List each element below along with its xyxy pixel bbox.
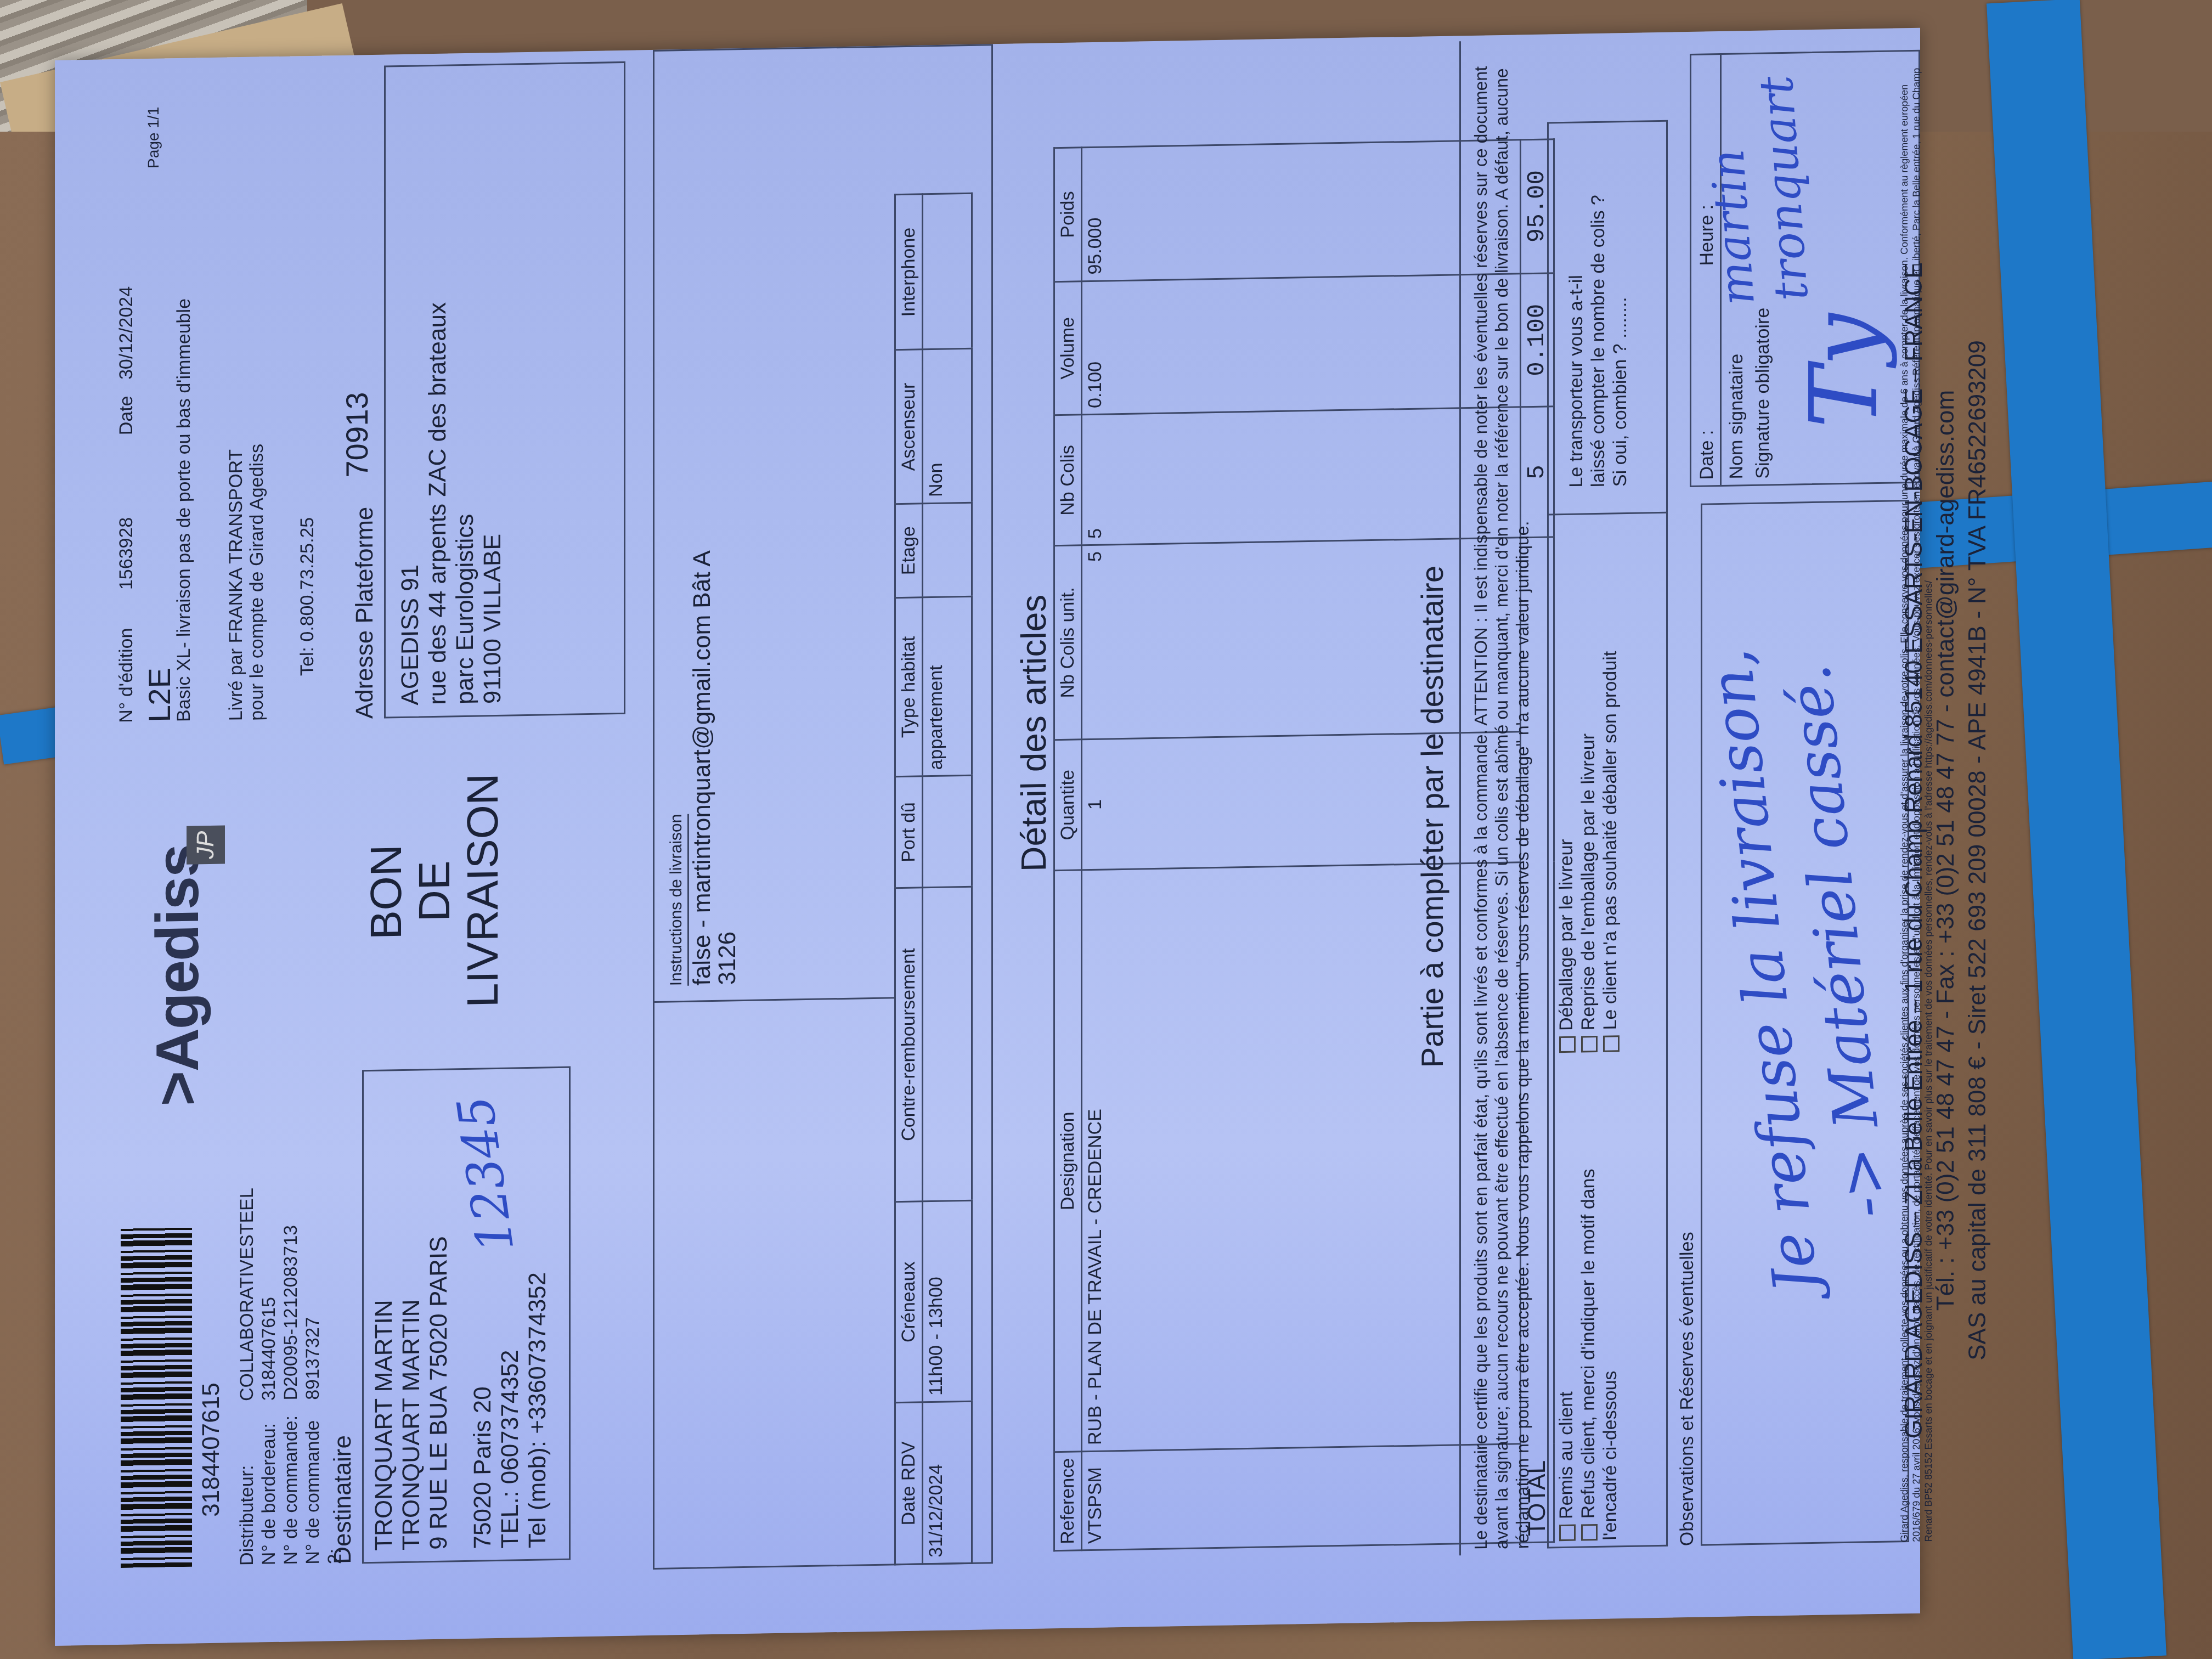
observations-box[interactable]: Je refuse la livraison, -> Matériel cass…	[1701, 500, 1909, 1546]
ref-value: COLLABORATIVESTEEL	[236, 1188, 258, 1401]
instructions-label: Instructions de livraison	[665, 814, 689, 986]
rdv-cod	[923, 887, 972, 1201]
col-reference: Reference	[1054, 1452, 1082, 1551]
instructions-line1: false - martintronquart@gmail.com Bât A	[689, 550, 716, 986]
observations-handwriting: Je refuse la livraison, -> Matériel cass…	[1691, 636, 1911, 1297]
cell-nb-colis: 5	[1082, 407, 1521, 545]
checkbox-refus[interactable]: Refus client, merci d'indiquer le motif …	[1577, 1101, 1621, 1541]
rdv-floor	[923, 503, 972, 597]
checkbox-remis[interactable]: Remis au client	[1555, 1102, 1577, 1542]
barcode-number: 3184407615	[198, 1383, 225, 1517]
ref-value: D20095-1212083713	[280, 1225, 302, 1401]
platform-address-line: parc Eurologistics	[452, 302, 479, 705]
col-nb-colis-unit: Nb Colis unit.	[1054, 545, 1082, 740]
rdv-intercom	[923, 193, 972, 349]
document-title: BON DE LIVRAISON	[362, 773, 507, 1009]
checkbox-icon[interactable]	[1603, 1035, 1620, 1052]
edition-label: N° d'édition	[116, 628, 137, 723]
delivery-note-page: 3184407615 Distributeur:COLLABORATIVESTE…	[55, 28, 1920, 1646]
recipient-label: Destinataire	[329, 1435, 357, 1565]
title-line: DE	[410, 774, 459, 1008]
instructions-line2: 3126	[714, 931, 741, 985]
col-poids: Poids	[1054, 148, 1082, 281]
date-label: Date	[116, 396, 137, 435]
col-volume: Volume	[1054, 281, 1082, 415]
checkbox-icon[interactable]	[1559, 1525, 1576, 1542]
signature-handwriting: Ty	[1790, 312, 1899, 429]
ref-value: 3184407615	[258, 1297, 280, 1401]
checkbox-icon[interactable]	[1581, 1524, 1598, 1541]
rdv-header: Port dû	[895, 776, 923, 888]
rdv-habitat: appartement	[923, 596, 972, 776]
recipient-mobile: Tel (mob): +33607374352	[524, 1234, 551, 1548]
cell-quantite: 1	[1082, 732, 1521, 870]
cell-nb-colis-unit: 5	[1082, 538, 1521, 740]
barcode	[121, 1227, 192, 1568]
cell-designation: RUB - PLAN DE TRAVAIL - CREDENCE	[1082, 862, 1521, 1452]
ref-label: N° de commande:	[280, 1400, 302, 1565]
recipient-city: 75020 Paris 20	[469, 1235, 496, 1549]
recipient-box: TRONQUART MARTIN TRONQUART MARTIN 9 RUE …	[362, 1066, 571, 1564]
jp-badge: JP	[187, 826, 225, 865]
platform-address-line: 91100 VILLABE	[479, 301, 506, 704]
carrier-line2: pour le compte de Girard Agediss	[246, 444, 268, 721]
platform-label: Adresse Plateforme	[351, 506, 379, 719]
delivery-options-box: Remis au client Refus client, merci d'in…	[1547, 120, 1668, 1549]
nom-signataire-label: Nom signataire	[1725, 353, 1747, 479]
checkbox-icon[interactable]	[1581, 1036, 1598, 1053]
rdv-date: 31/12/2024	[923, 1401, 972, 1564]
rdv-table: Date RDV Créneaux Contre-remboursement P…	[894, 193, 973, 1565]
footer-line: SAS au capital de 311 808 € - Siret 522 …	[1962, 82, 1994, 1618]
rdv-slot: 11h00 - 13h00	[923, 1200, 972, 1402]
rdv-header: Date RDV	[895, 1402, 923, 1565]
carrier-line1: Livré par FRANKA TRANSPORT	[225, 449, 247, 721]
rdv-header: Etage	[895, 504, 923, 598]
cell-reference: VTSPSM	[1082, 1444, 1521, 1550]
signature-box[interactable]: Date : Heure : Nom signataire Signature …	[1690, 50, 1920, 487]
recipient-section-title: Partie à compléter par le destinataire	[1415, 565, 1449, 1068]
count-question: Si oui, combien ? ........	[1609, 194, 1631, 487]
edition-info: N° d'édition 1563928 Date 30/12/2024	[115, 92, 137, 723]
rdv-header: Type habitat	[895, 597, 923, 777]
date-value: 30/12/2024	[116, 286, 137, 380]
count-question: Le transporteur vous a-t-il	[1565, 195, 1587, 488]
handwritten-code: 12345	[447, 1092, 526, 1256]
certification-text: Le destinataire certifie que les produit…	[1470, 35, 1533, 1550]
rdv-header: Contre-remboursement	[895, 888, 923, 1202]
recipient-line: TRONQUART MARTIN	[398, 1237, 425, 1550]
platform-address-line: AGEDISS 91	[397, 302, 424, 706]
checkbox-deballage[interactable]: Déballage par le livreur	[1555, 559, 1577, 1053]
rdv-header: Créneaux	[895, 1201, 923, 1403]
count-question: laissé compter le nombre de colis ?	[1587, 195, 1609, 488]
rdv-port	[923, 776, 972, 888]
service-code: L2E	[143, 667, 177, 723]
footer-line: GIRARD AGEDISS – ZI la Belle Entrée – 1 …	[1898, 82, 1930, 1618]
date-field-label: Date :	[1696, 430, 1718, 479]
service-description: Basic XL- livraison pas de porte ou bas …	[173, 298, 195, 723]
checkbox-pas-deballe[interactable]: Le client n'a pas souhaité déballer son …	[1599, 558, 1621, 1052]
table-row: VTSPSM RUB - PLAN DE TRAVAIL - CREDENCE …	[1082, 140, 1521, 1550]
col-quantite: Quantite	[1054, 740, 1082, 871]
agediss-logo: >Agediss	[143, 844, 212, 1107]
col-nb-colis: Nb Colis	[1054, 415, 1082, 546]
col-designation: Designation	[1054, 870, 1082, 1452]
carrier-tel: Tel: 0.800.73.25.25	[296, 517, 318, 676]
platform-address-line: rue des 44 arpents ZAC des brateaux	[424, 302, 452, 706]
rdv-elevator: Non	[923, 349, 972, 504]
title-line: LIVRAISON	[459, 773, 507, 1008]
signature-label: Signature obligatoire	[1752, 307, 1774, 479]
articles-title: Détail des articles	[1009, 594, 1058, 872]
ref-value: 89137327	[302, 1316, 346, 1400]
page-number: Page 1/1	[143, 106, 165, 168]
footer-line: Tél. : +33 (0)2 51 48 47 47 - Fax : +33 …	[1930, 82, 1962, 1618]
platform-code: 70913	[340, 392, 374, 478]
platform-address-box: AGEDISS 91 rue des 44 arpents ZAC des br…	[384, 61, 625, 719]
edition-number: 1563928	[116, 517, 137, 590]
checkbox-icon[interactable]	[1559, 1036, 1576, 1053]
title-line: BON	[362, 775, 410, 1009]
cell-volume: 0.100	[1082, 273, 1521, 415]
recipient-tel: TEL.: 0607374352	[496, 1235, 524, 1549]
company-footer: GIRARD AGEDISS – ZI la Belle Entrée – 1 …	[1898, 82, 1994, 1618]
recipient-line: 9 RUE LE BUA 75020 PARIS	[425, 1236, 453, 1550]
recipient-line: TRONQUART MARTIN	[370, 1237, 398, 1551]
ref-label: Distributeur:	[236, 1401, 258, 1566]
cell-poids: 95.000	[1082, 140, 1521, 281]
rdv-header: Ascenseur	[895, 349, 923, 504]
rdv-header: Interphone	[895, 194, 923, 350]
observations-label: Observations et Réserves éventuelles	[1676, 1232, 1698, 1546]
ref-label: N° de bordereau:	[258, 1401, 280, 1566]
checkbox-reprise[interactable]: Reprise de l'emballage par le livreur	[1577, 558, 1599, 1053]
signatory-name-handwriting: martin tronquart	[1694, 50, 1818, 307]
